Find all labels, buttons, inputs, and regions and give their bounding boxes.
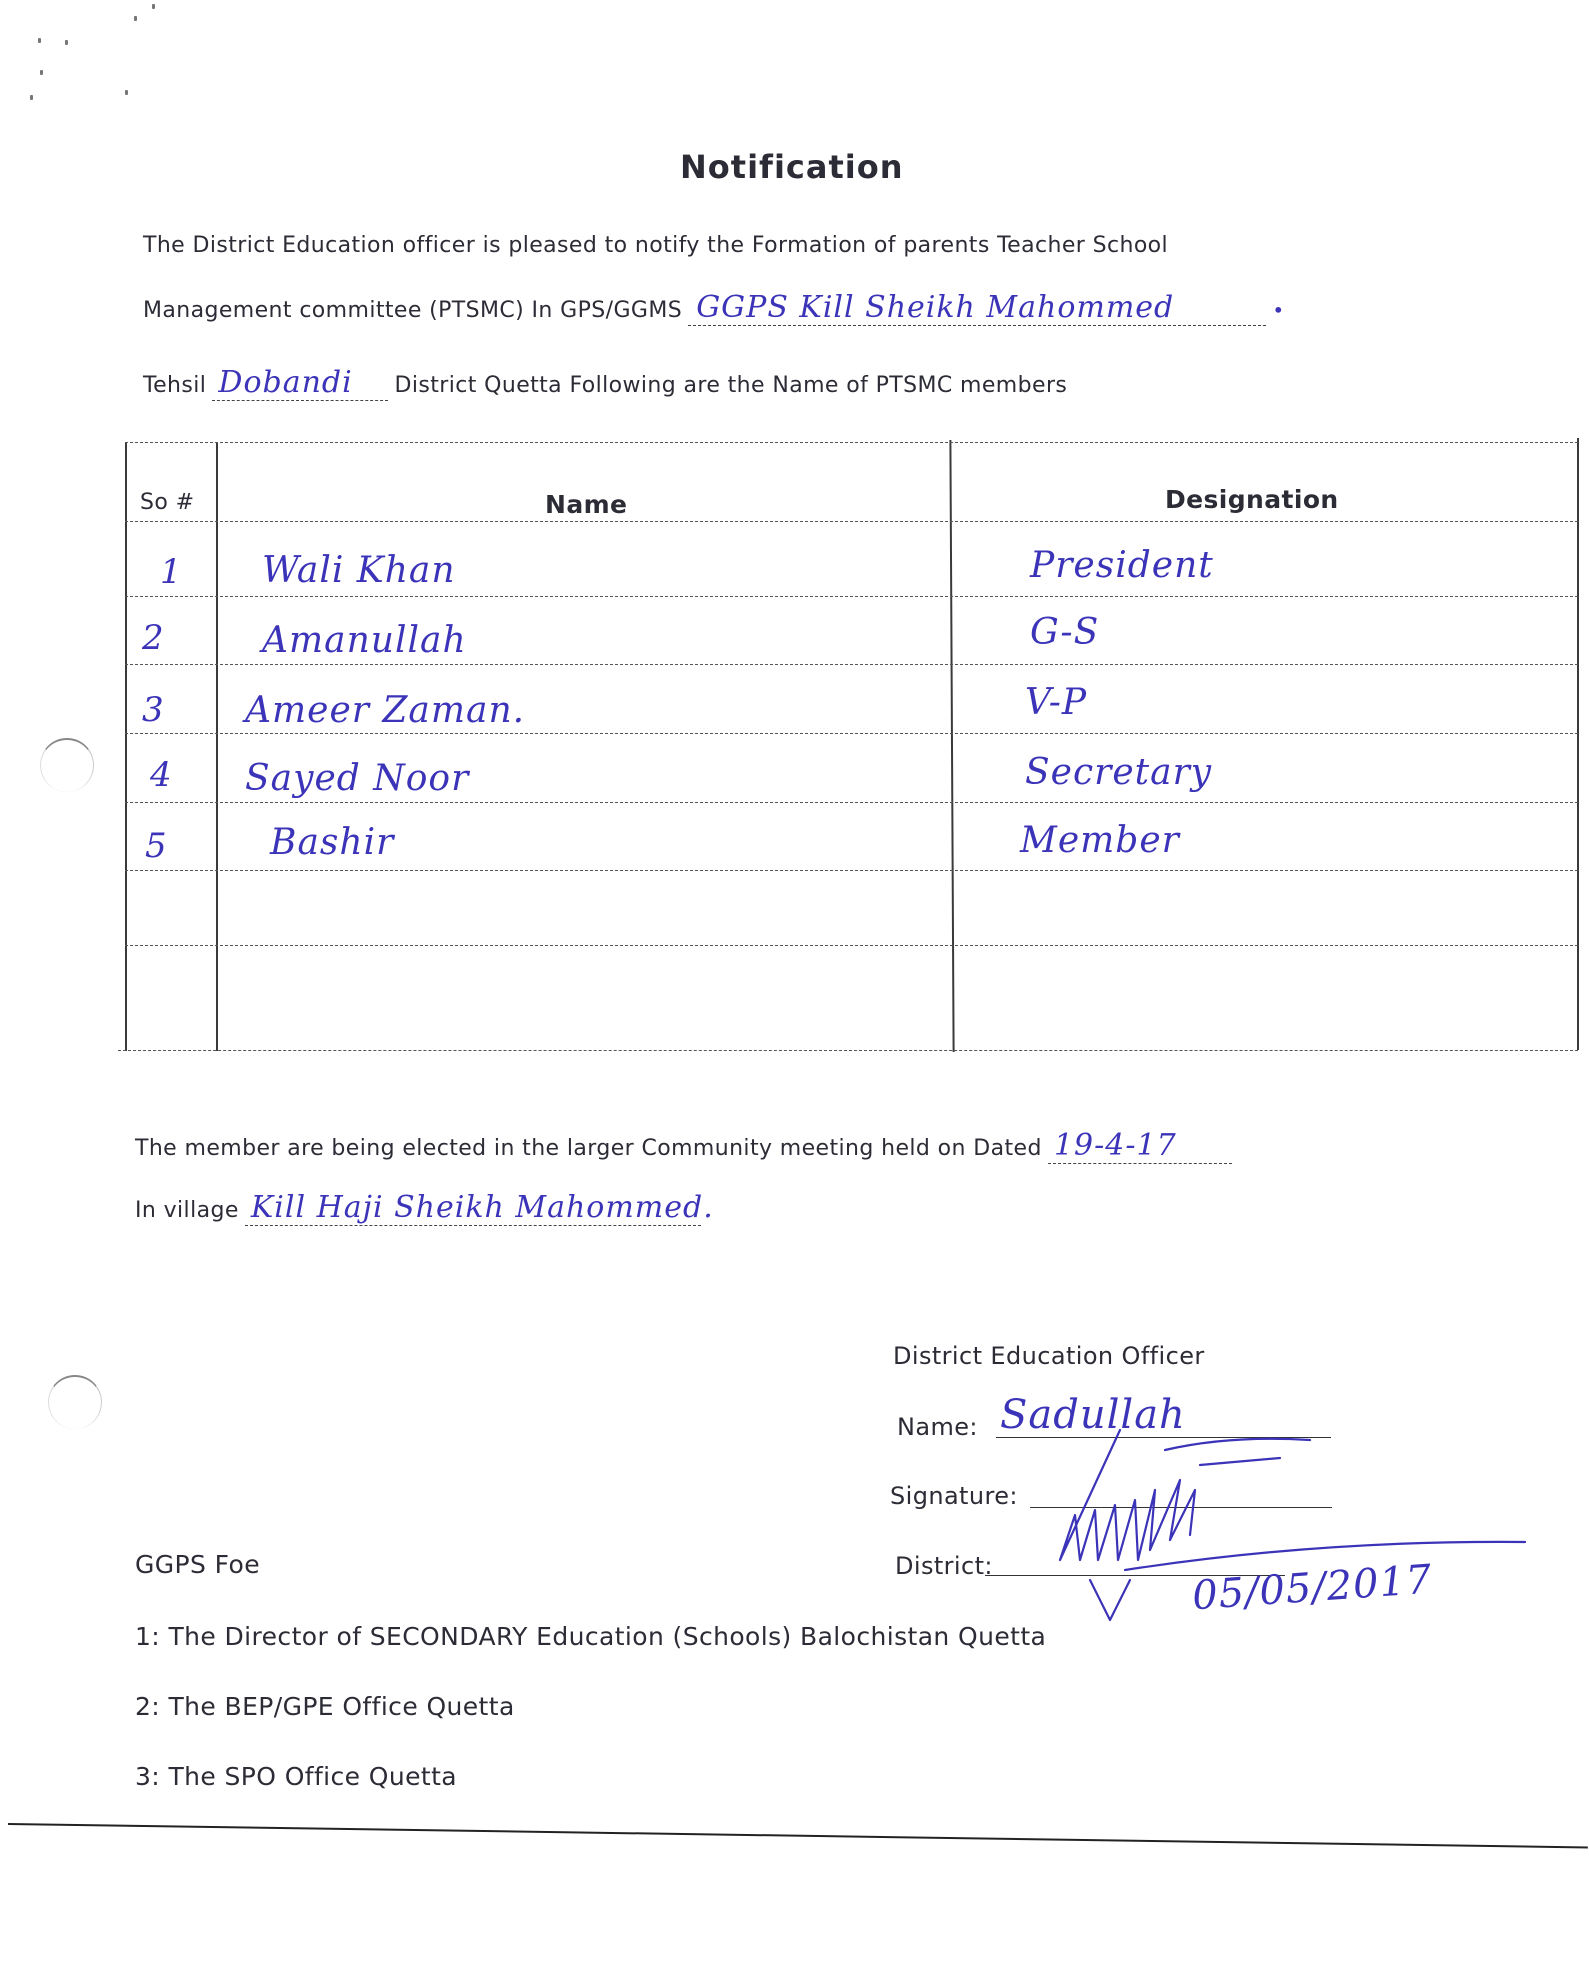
table-divider-serial <box>216 443 218 1051</box>
table-border-right <box>1577 438 1579 1050</box>
table-line <box>118 1050 1578 1051</box>
speck <box>30 95 33 100</box>
row-designation[interactable]: V-P <box>1025 682 1087 723</box>
table-line <box>125 733 1578 734</box>
tehsil-field[interactable]: Dobandi <box>212 365 388 401</box>
election-line-2-prefix: In village <box>135 1198 239 1223</box>
row-serial: 4 <box>150 755 173 795</box>
table-line <box>125 945 1578 946</box>
signature-label: Signature: <box>890 1482 1018 1510</box>
intro-line-1: The District Education officer is please… <box>143 233 1168 258</box>
election-line-2: In village Kill Haji Sheikh Mahommed. <box>135 1190 701 1226</box>
table-line <box>125 596 1578 597</box>
village-field[interactable]: Kill Haji Sheikh Mahommed. <box>245 1190 701 1226</box>
row-designation[interactable]: President <box>1030 545 1214 586</box>
header-name: Name <box>545 490 627 519</box>
table-line <box>125 802 1578 803</box>
row-name[interactable]: Wali Khan <box>262 550 456 591</box>
speck <box>152 4 155 9</box>
cc-item: 2: The BEP/GPE Office Quetta <box>135 1692 515 1721</box>
row-name[interactable]: Amanullah <box>262 620 467 661</box>
speck <box>40 70 43 75</box>
intro-line-3: Tehsil Dobandi District Quetta Following… <box>143 365 1067 401</box>
row-serial: 5 <box>145 826 168 866</box>
table-line <box>125 521 1578 522</box>
hole-punch-bottom <box>48 1375 102 1429</box>
row-designation[interactable]: G-S <box>1030 612 1099 653</box>
school-name-dot: • <box>1272 298 1285 322</box>
intro-line-3-suffix: District Quetta Following are the Name o… <box>395 373 1068 398</box>
speck <box>38 38 41 43</box>
header-serial: So # <box>140 490 194 515</box>
signature-block-heading: District Education Officer <box>893 1342 1205 1370</box>
cc-heading: GGPS Foe <box>135 1550 260 1579</box>
row-name[interactable]: Bashir <box>270 822 394 863</box>
intro-line-3-prefix: Tehsil <box>143 373 206 398</box>
speck <box>65 40 68 45</box>
speck <box>125 90 128 95</box>
cc-item: 3: The SPO Office Quetta <box>135 1762 457 1791</box>
row-designation[interactable]: Member <box>1020 820 1180 861</box>
bottom-rule <box>8 1823 1588 1848</box>
row-name[interactable]: Ameer Zaman. <box>245 690 525 731</box>
election-line-1: The member are being elected in the larg… <box>135 1128 1232 1164</box>
speck <box>134 16 137 21</box>
table-border-left <box>125 443 127 1051</box>
header-designation: Designation <box>1165 485 1339 514</box>
table-line <box>125 664 1578 665</box>
row-designation[interactable]: Secretary <box>1025 752 1212 793</box>
signature-scrawl-icon[interactable] <box>1020 1420 1540 1650</box>
page-title: Notification <box>680 148 904 186</box>
row-serial: 1 <box>160 552 183 592</box>
table-line <box>125 442 1578 443</box>
intro-line-2-prefix: Management committee (PTSMC) In GPS/GGMS <box>143 298 682 323</box>
hole-punch-top <box>40 738 94 792</box>
cc-item: 1: The Director of SECONDARY Education (… <box>135 1622 1046 1651</box>
meeting-date-field[interactable]: 19-4-17 <box>1048 1128 1232 1164</box>
row-serial: 3 <box>142 690 165 730</box>
school-name-field[interactable]: GGPS Kill Sheikh Mahommed <box>688 290 1266 326</box>
table-divider-designation <box>949 440 954 1052</box>
intro-line-2: Management committee (PTSMC) In GPS/GGMS… <box>143 290 1285 326</box>
election-line-1-prefix: The member are being elected in the larg… <box>135 1136 1042 1161</box>
district-label: District: <box>895 1552 993 1580</box>
row-serial: 2 <box>142 618 165 658</box>
officer-name-label: Name: <box>897 1413 978 1441</box>
row-name[interactable]: Sayed Noor <box>245 758 469 799</box>
table-line <box>125 870 1578 871</box>
